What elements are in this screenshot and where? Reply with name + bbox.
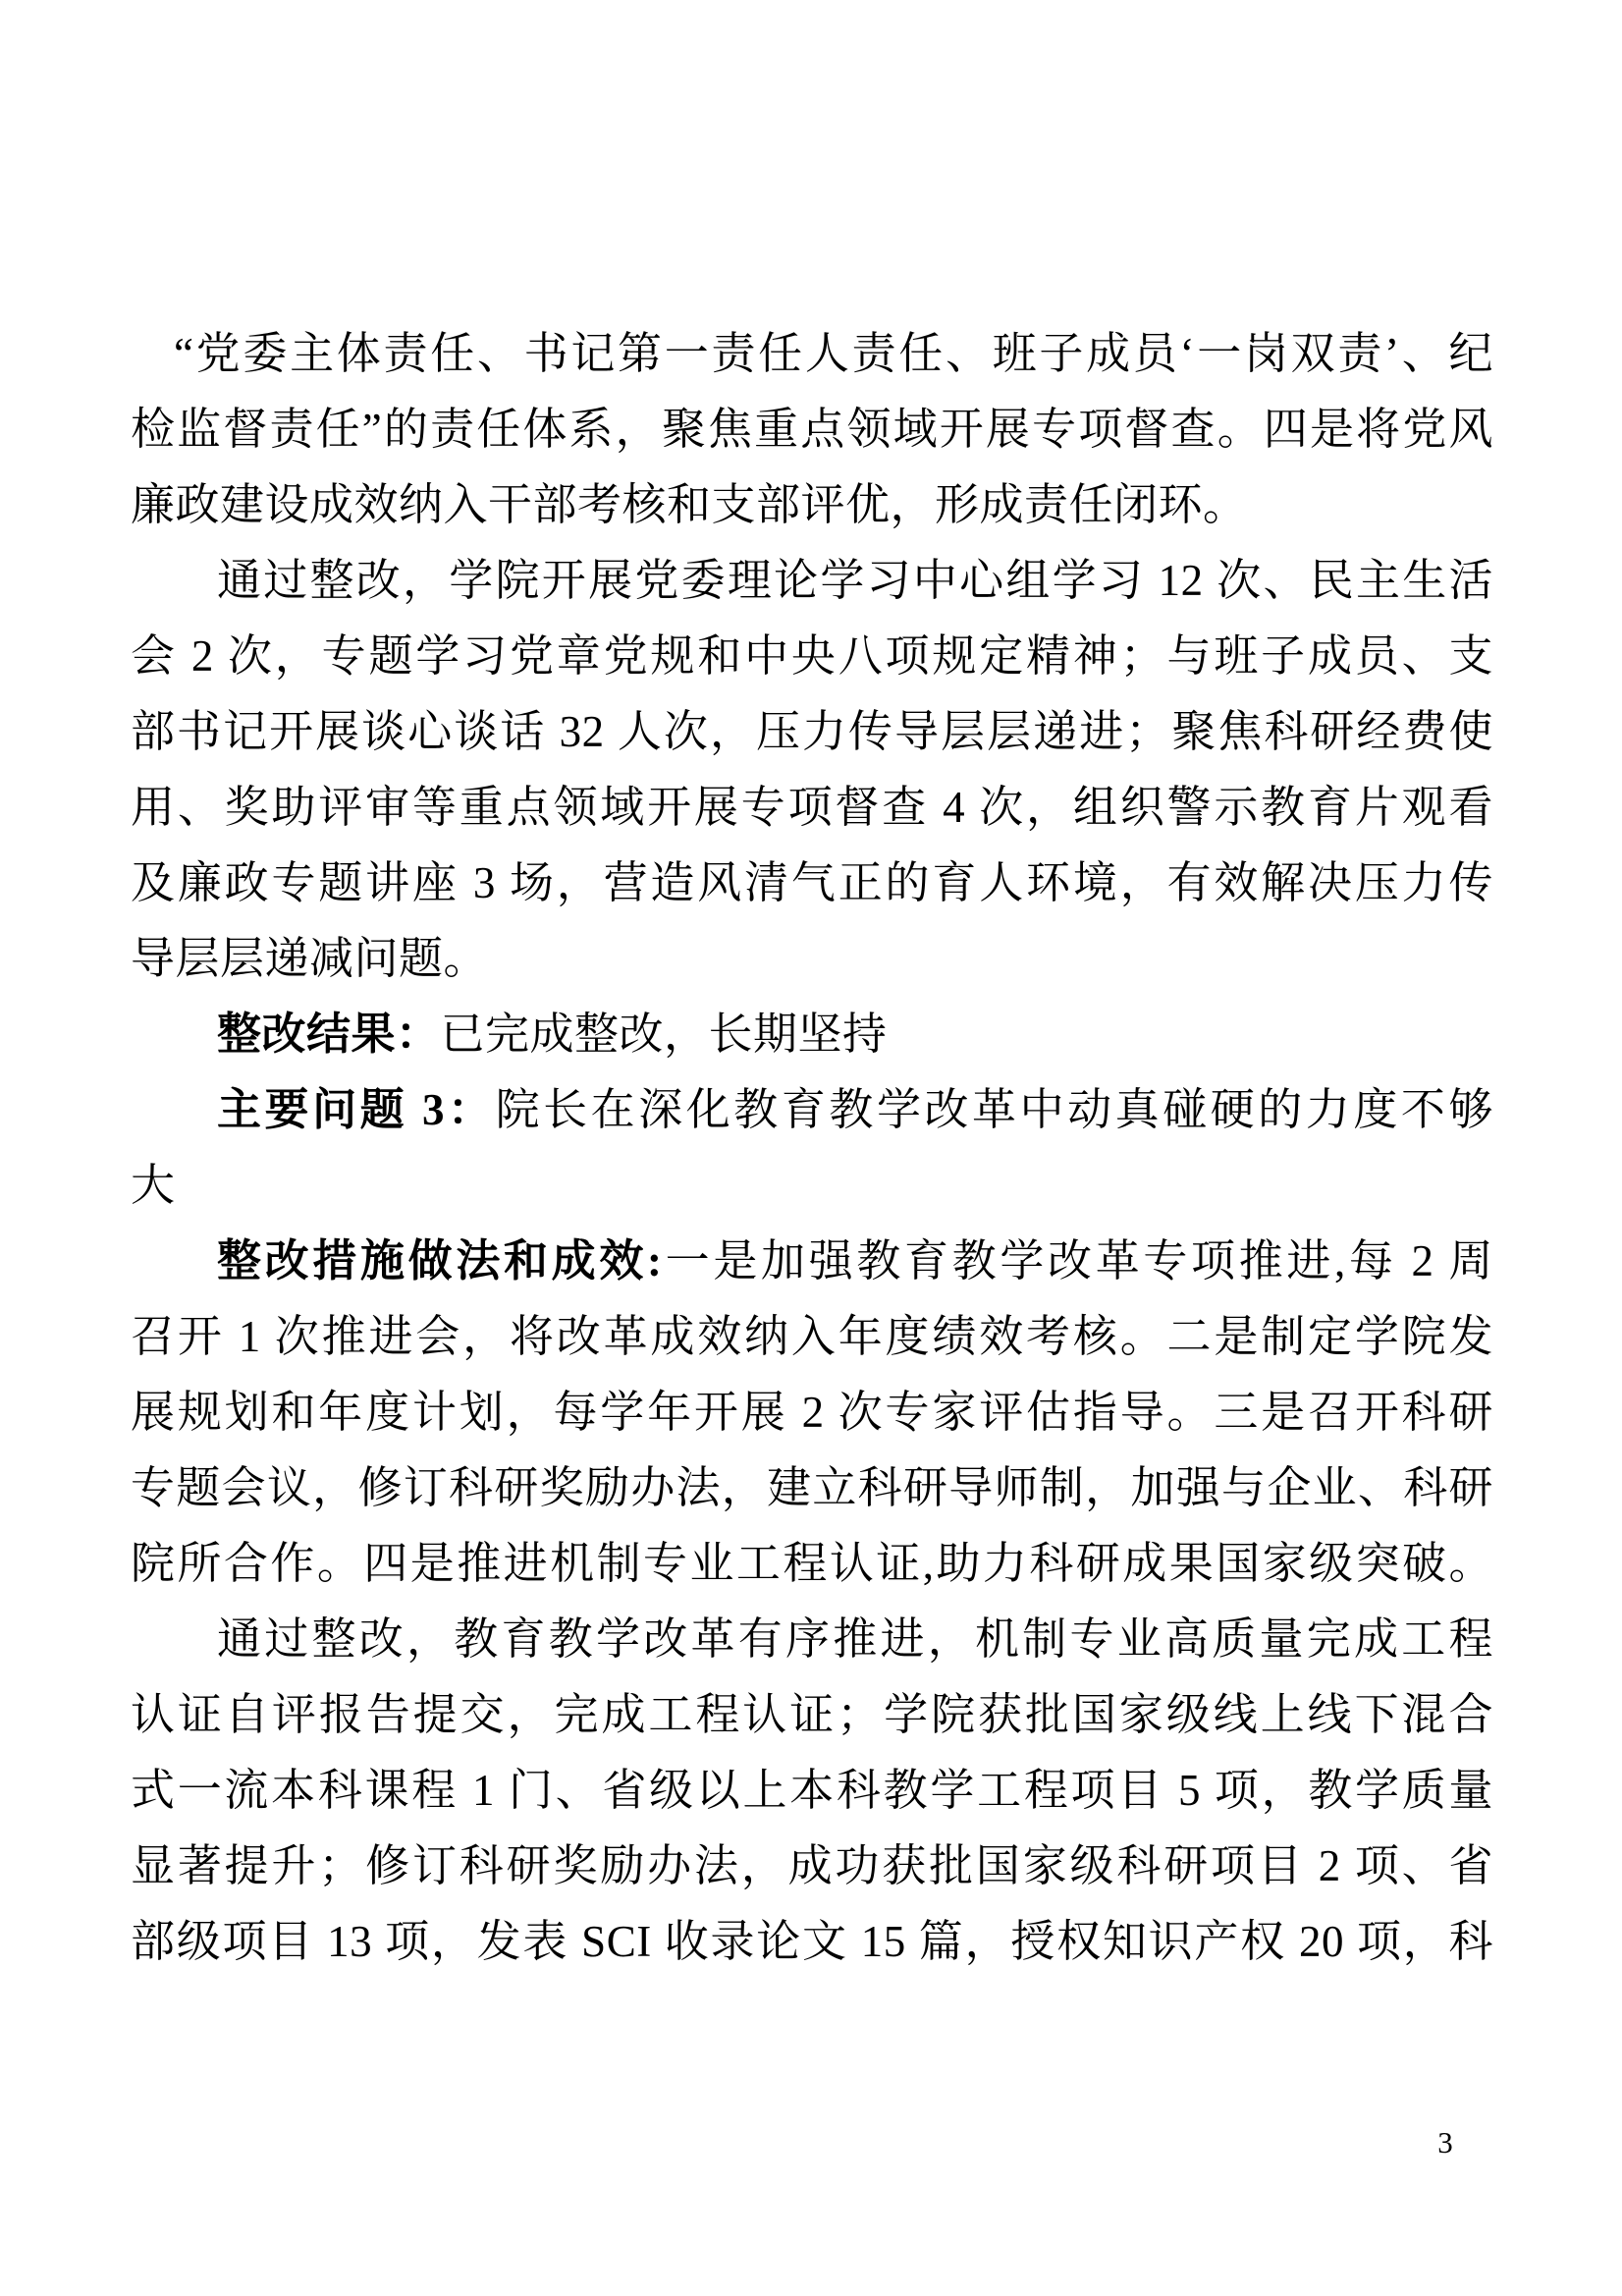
text-run: 检监督责任”的责任体系，聚焦重点领域开展专项督查。四是将党风 [131, 405, 1493, 454]
text-line: 大 [131, 1148, 1493, 1224]
text-line: 廉政建设成效纳入干部考核和支部评优，形成责任闭环。 [131, 467, 1493, 543]
text-line: 通过整改，学院开展党委理论学习中心组学习 12 次、民主生活 [131, 543, 1493, 619]
text-block: “党委主体责任、书记第一责任人责任、班子成员‘一岗双责’、纪检监督责任”的责任体… [131, 316, 1493, 1980]
para-responsibility-system-continued: “党委主体责任、书记第一责任人责任、班子成员‘一岗双责’、纪检监督责任”的责任体… [131, 316, 1493, 543]
text-run: 部书记开展谈心谈话 32 人次，压力传导层层递进；聚焦科研经费使 [131, 707, 1493, 756]
text-line: 整改措施做法和成效:一是加强教育教学改革专项推进,每 2 周 [131, 1224, 1493, 1299]
text-line: 通过整改，教育教学改革有序推进，机制专业高质量完成工程 [131, 1602, 1493, 1677]
text-run: 廉政建设成效纳入干部考核和支部评优，形成责任闭环。 [131, 480, 1248, 529]
text-line: 展规划和年度计划，每学年开展 2 次专家评估指导。三是召开科研 [131, 1375, 1493, 1450]
text-line: 部书记开展谈心谈话 32 人次，压力传导层层递进；聚焦科研经费使 [131, 694, 1493, 770]
text-line: 主要问题 3：院长在深化教育教学改革中动真碰硬的力度不够 [131, 1072, 1493, 1148]
text-run: “党委主体责任、书记第一责任人责任、班子成员‘一岗双责’、纪 [174, 329, 1493, 378]
text-line: 及廉政专题讲座 3 场，营造风清气正的育人环境，有效解决压力传 [131, 846, 1493, 921]
text-line: 召开 1 次推进会，将改革成效纳入年度绩效考核。二是制定学院发 [131, 1299, 1493, 1375]
text-line: 会 2 次，专题学习党章党规和中央八项规定精神；与班子成员、支 [131, 619, 1493, 694]
text-line: 专题会议，修订科研奖励办法，建立科研导师制，加强与企业、科研 [131, 1450, 1493, 1526]
text-run: 通过整改，学院开展党委理论学习中心组学习 12 次、民主生活 [217, 556, 1493, 605]
text-run: 显著提升；修订科研奖励办法，成功获批国家级科研项目 2 项、省 [131, 1841, 1493, 1890]
text-run: 会 2 次，专题学习党章党规和中央八项规定精神；与班子成员、支 [131, 631, 1493, 681]
text-run: 展规划和年度计划，每学年开展 2 次专家评估指导。三是召开科研 [131, 1388, 1493, 1437]
text-run: 召开 1 次推进会，将改革成效纳入年度绩效考核。二是制定学院发 [131, 1312, 1493, 1361]
text-run: 院所合作。四是推进机制专业工程认证,助力科研成果国家级突破。 [131, 1539, 1493, 1588]
text-run: 院长在深化教育教学改革中动真碰硬的力度不够 [496, 1085, 1493, 1134]
text-run: 已完成整改，长期坚持 [441, 1010, 888, 1059]
text-run: 一是加强教育教学改革专项推进,每 2 周 [663, 1236, 1493, 1285]
bold-label: 主要问题 3： [217, 1085, 496, 1134]
text-line: 部级项目 13 项，发表 SCI 收录论文 15 篇，授权知识产权 20 项，科 [131, 1904, 1493, 1980]
document-page: “党委主体责任、书记第一责任人责任、班子成员‘一岗双责’、纪检监督责任”的责任体… [0, 0, 1622, 2296]
text-run: 通过整改，教育教学改革有序推进，机制专业高质量完成工程 [217, 1614, 1493, 1664]
text-run: 用、奖助评审等重点领域开展专项督查 4 次，组织警示教育片观看 [131, 783, 1493, 832]
bold-label: 整改结果： [217, 1010, 441, 1059]
para-rectification-measures: 整改措施做法和成效:一是加强教育教学改革专项推进,每 2 周召开 1 次推进会，… [131, 1224, 1493, 1602]
text-run: 大 [131, 1161, 176, 1210]
para-main-problem-3: 主要问题 3：院长在深化教育教学改革中动真碰硬的力度不够大 [131, 1072, 1493, 1224]
text-run: 专题会议，修订科研奖励办法，建立科研导师制，加强与企业、科研 [131, 1463, 1493, 1512]
text-line: 式一流本科课程 1 门、省级以上本科教学工程项目 5 项，教学质量 [131, 1753, 1493, 1829]
text-line: 院所合作。四是推进机制专业工程认证,助力科研成果国家级突破。 [131, 1526, 1493, 1602]
text-line: 整改结果：已完成整改，长期坚持 [131, 997, 1493, 1072]
para-rectification-overview: 通过整改，学院开展党委理论学习中心组学习 12 次、民主生活会 2 次，专题学习… [131, 543, 1493, 997]
text-run: 导层层递减问题。 [131, 934, 488, 983]
text-line: “党委主体责任、书记第一责任人责任、班子成员‘一岗双责’、纪 [131, 316, 1493, 392]
text-line: 检监督责任”的责任体系，聚焦重点领域开展专项督查。四是将党风 [131, 392, 1493, 467]
bold-label: 整改措施做法和成效: [217, 1236, 663, 1285]
text-run: 认证自评报告提交，完成工程认证；学院获批国家级线上线下混合 [131, 1690, 1493, 1739]
text-line: 导层层递减问题。 [131, 921, 1493, 997]
text-run: 式一流本科课程 1 门、省级以上本科教学工程项目 5 项，教学质量 [131, 1766, 1493, 1815]
text-line: 认证自评报告提交，完成工程认证；学院获批国家级线上线下混合 [131, 1677, 1493, 1753]
text-line: 用、奖助评审等重点领域开展专项督查 4 次，组织警示教育片观看 [131, 770, 1493, 846]
text-line: 显著提升；修订科研奖励办法，成功获批国家级科研项目 2 项、省 [131, 1829, 1493, 1904]
page-number: 3 [1422, 2121, 1469, 2164]
text-run: 部级项目 13 项，发表 SCI 收录论文 15 篇，授权知识产权 20 项，科 [131, 1917, 1493, 1966]
para-rectification-outcome: 通过整改，教育教学改革有序推进，机制专业高质量完成工程认证自评报告提交，完成工程… [131, 1602, 1493, 1980]
para-rectification-result: 整改结果：已完成整改，长期坚持 [131, 997, 1493, 1072]
text-run: 及廉政专题讲座 3 场，营造风清气正的育人环境，有效解决压力传 [131, 858, 1493, 907]
